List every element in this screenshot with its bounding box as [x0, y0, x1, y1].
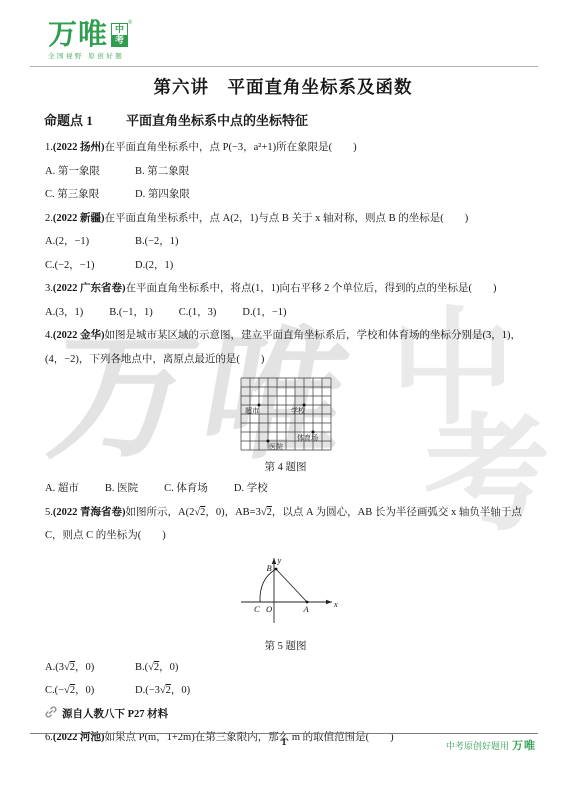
- option: D.(2，1): [135, 260, 173, 271]
- question-5-text: 如图所示，A(2√: [126, 507, 201, 518]
- question-1-options-row-1: A. 第一象限B. 第二象限: [45, 160, 526, 184]
- question-1-stem: 1.(2022 扬州)在平面直角坐标系中，点 P(−3，a²+1)所在象限是( …: [45, 136, 526, 160]
- option: C.(−√2，0): [45, 679, 135, 703]
- brand-logo: 万唯 中考 ® 全国视野 原创好题: [48, 20, 133, 60]
- page-title: 第六讲 平面直角坐标系及函数: [0, 74, 566, 99]
- question-4-figure-caption: 第 4 题图: [45, 458, 526, 477]
- logo-badge-bottom: 考: [112, 35, 127, 46]
- question-5-text: ，0)，AB=3√: [205, 507, 266, 518]
- question-2-options-row-1: A.(2，−1)B.(−2，1): [45, 230, 526, 254]
- stadium-label: 体育场: [297, 433, 318, 442]
- question-5-stem: 5.(2022 青海省卷)如图所示，A(2√2，0)，AB=3√2，以点 A 为…: [45, 501, 526, 548]
- question-4-text: 如图是城市某区域的示意图，建立平面直角坐标系后，学校和体育场的坐标分别是(3，1…: [45, 330, 521, 365]
- option-text: A.(3√: [45, 662, 70, 673]
- option: D. 学校: [234, 483, 268, 494]
- question-2-source: (2022 新疆): [53, 213, 105, 224]
- y-axis-arrow: [271, 558, 275, 564]
- option: A.(3，1): [45, 301, 83, 325]
- footer-tagline-text: 中考原创好题用: [446, 741, 509, 751]
- hospital-label: 医院: [269, 442, 283, 451]
- question-4-figure: 超市 学校 体育场 医院: [45, 374, 526, 458]
- option: B.(−2，1): [135, 236, 179, 247]
- question-1-number: 1.: [45, 142, 53, 153]
- question-2-number: 2.: [45, 213, 53, 224]
- question-5-number: 5.: [45, 507, 53, 518]
- question-1-text: 在平面直角坐标系中，点 P(−3，a²+1)所在象限是( ): [105, 142, 357, 153]
- question-5-figure-caption: 第 5 题图: [45, 637, 526, 656]
- coordinate-axes-figure: y x B C O A: [231, 551, 341, 637]
- page-header: 万唯 中考 ® 全国视野 原创好题: [0, 0, 566, 67]
- question-4-options-row: A. 超市B. 医院C. 体育场D. 学校: [45, 477, 526, 501]
- option-text: ，0): [75, 662, 94, 673]
- question-1-source: (2022 扬州): [53, 142, 105, 153]
- option-text: C.(−√: [45, 685, 70, 696]
- question-5-options-row-1: A.(3√2，0)B.(√2，0): [45, 656, 526, 680]
- question-3-stem: 3.(2022 广东省卷)在平面直角坐标系中，将点(1，1)向右平移 2 个单位…: [45, 277, 526, 301]
- option: D. 第四象限: [135, 189, 190, 200]
- supermarket-label: 超市: [245, 406, 259, 415]
- option-text: ，0): [159, 662, 178, 673]
- footer-tagline: 中考原创好题用万唯: [446, 737, 536, 753]
- point-a-label: A: [302, 604, 309, 614]
- school-label: 学校: [291, 406, 306, 415]
- logo-badge: 中考: [111, 23, 128, 47]
- option: B.(−1，1): [109, 301, 153, 325]
- x-axis-arrow: [326, 599, 332, 603]
- question-2-stem: 2.(2022 新疆)在平面直角坐标系中，点 A(2，1)与点 B 关于 x 轴…: [45, 207, 526, 231]
- material-source-text: 源自人教八下 P27 材料: [62, 709, 168, 720]
- question-2-text: 在平面直角坐标系中，点 A(2，1)与点 B 关于 x 轴对称，则点 B 的坐标…: [105, 213, 469, 224]
- logo-slogan: 全国视野 原创好题: [48, 51, 133, 60]
- question-5-source: (2022 青海省卷): [53, 507, 126, 518]
- exam-page: 万唯 中 考 万唯 中考 ® 全国视野 原创好题 第六讲 平面直角坐标系及函数 …: [0, 0, 566, 800]
- option: A. 超市: [45, 477, 79, 501]
- question-3-options-row: A.(3，1)B.(−1，1)C.(1，3)D.(1，−1): [45, 301, 526, 325]
- option: C.(−2，−1): [45, 254, 135, 278]
- section-title: 平面直角坐标系中点的坐标特征: [126, 113, 308, 128]
- option: B.(√2，0): [135, 662, 178, 673]
- option: B. 第二象限: [135, 166, 189, 177]
- option-text: B.(√: [135, 662, 154, 673]
- link-icon: [45, 706, 57, 718]
- question-4-number: 4.: [45, 330, 53, 341]
- question-5-figure: y x B C O A: [45, 551, 526, 637]
- point-b: [274, 567, 277, 570]
- material-source-note: 源自人教八下 P27 材料: [45, 703, 526, 727]
- point-c-label: C: [254, 604, 260, 614]
- option: A.(3√2，0): [45, 656, 135, 680]
- section-label: 命题点 1: [44, 113, 93, 128]
- logo-brand-text: 万唯: [48, 20, 108, 50]
- question-list: 1.(2022 扬州)在平面直角坐标系中，点 P(−3，a²+1)所在象限是( …: [45, 136, 526, 750]
- x-axis-label: x: [333, 599, 338, 609]
- section-heading: 命题点 1 平面直角坐标系中点的坐标特征: [44, 110, 522, 129]
- footer-brand: 万唯: [512, 740, 536, 752]
- y-axis-label: y: [276, 555, 281, 565]
- question-5-options-row-2: C.(−√2，0)D.(−3√2，0): [45, 679, 526, 703]
- header-divider: [30, 66, 538, 67]
- option: C.(1，3): [179, 301, 217, 325]
- option: A.(2，−1): [45, 230, 135, 254]
- trademark-symbol: ®: [128, 20, 133, 26]
- option-text: D.(−3√: [135, 685, 166, 696]
- option: C. 体育场: [164, 477, 208, 501]
- point-a: [305, 600, 308, 603]
- option-text: ，0): [171, 685, 190, 696]
- city-grid-map: 超市 学校 体育场 医院: [236, 374, 336, 458]
- question-4-stem: 4.(2022 金华)如图是城市某区域的示意图，建立平面直角坐标系后，学校和体育…: [45, 324, 526, 371]
- question-3-text: 在平面直角坐标系中，将点(1，1)向右平移 2 个单位后，得到的点的坐标是( ): [126, 283, 497, 294]
- option-text: ，0): [75, 685, 94, 696]
- page-footer: 1 中考原创好题用万唯: [30, 733, 538, 734]
- origin-label: O: [266, 604, 272, 614]
- question-3-number: 3.: [45, 283, 53, 294]
- point-b-label: B: [266, 563, 271, 573]
- option: C. 第三象限: [45, 183, 135, 207]
- question-3-source: (2022 广东省卷): [53, 283, 126, 294]
- question-2-options-row-2: C.(−2，−1)D.(2，1): [45, 254, 526, 278]
- question-4-source: (2022 金华): [53, 330, 105, 341]
- option: D.(1，−1): [242, 307, 286, 318]
- logo-badge-top: 中: [112, 24, 127, 35]
- option: D.(−3√2，0): [135, 685, 190, 696]
- option: B. 医院: [105, 477, 138, 501]
- question-1-options-row-2: C. 第三象限D. 第四象限: [45, 183, 526, 207]
- option: A. 第一象限: [45, 160, 135, 184]
